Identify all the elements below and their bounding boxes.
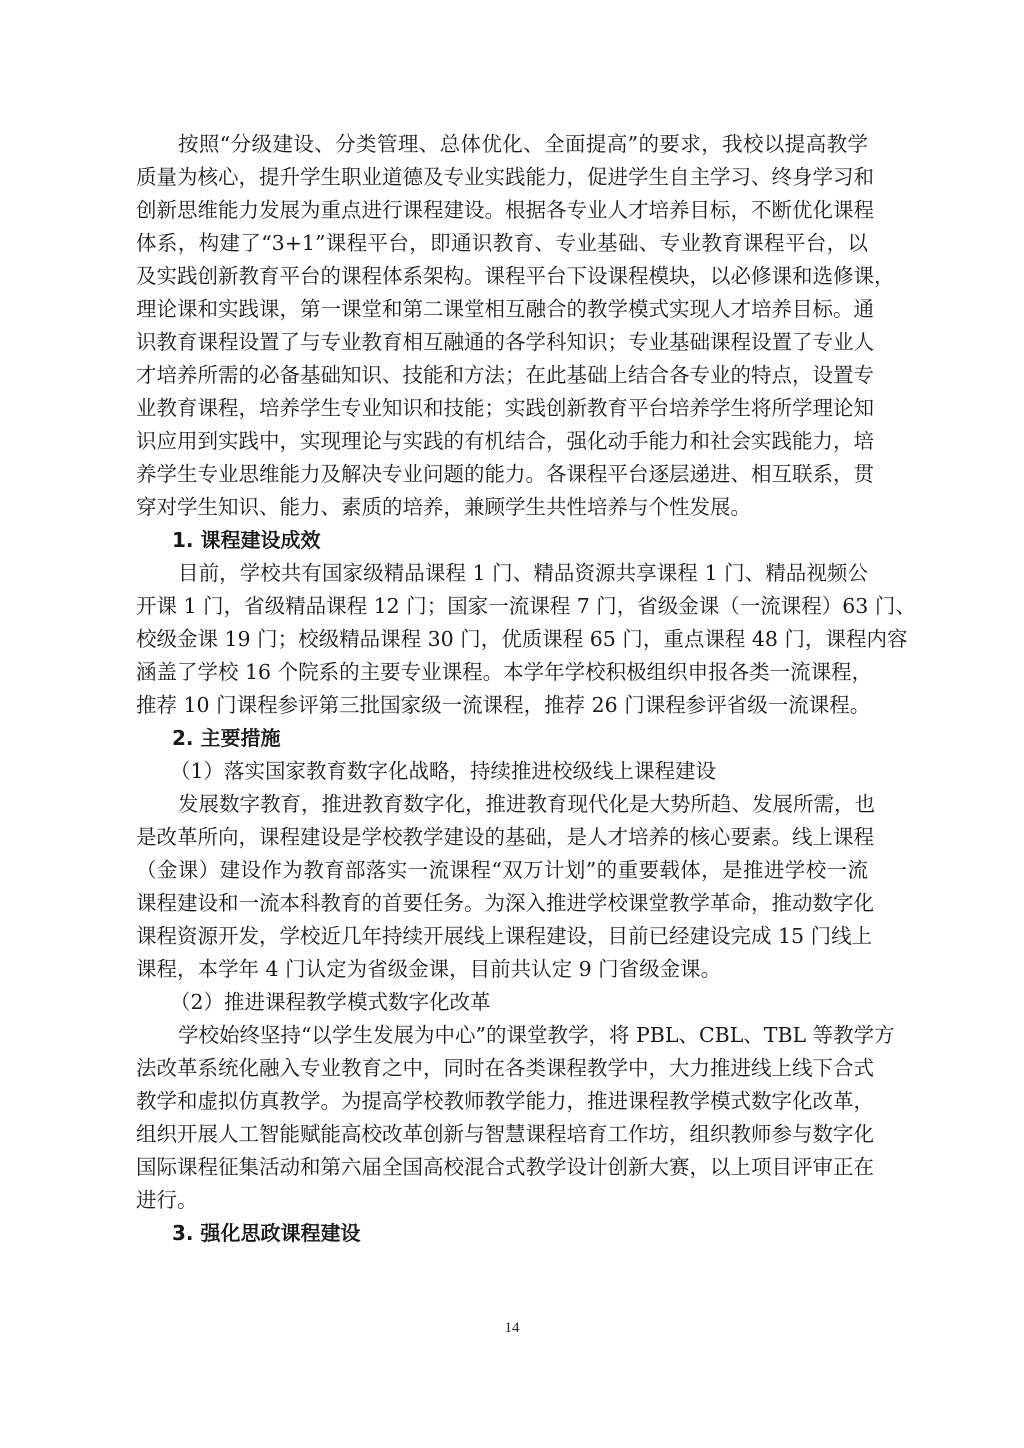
paragraph-line: 推荐 10 门课程参评第三批国家级一流课程，推荐 26 门课程参评省级一流课程。: [136, 689, 868, 722]
section-heading: 3. 强化思政课程建设: [136, 1217, 868, 1250]
paragraph-line: 质量为核心，提升学生职业道德及专业实践能力，促进学生自主学习、终身学习和: [136, 161, 868, 194]
paragraph-line: 体系，构建了“3+1”课程平台，即通识教育、专业基础、专业教育课程平台，以: [136, 227, 868, 260]
paragraph-line: （金课）建设作为教育部落实一流课程“双万计划”的重要载体，是推进学校一流: [136, 854, 868, 887]
paragraph-line: 发展数字教育，推进教育数字化，推进教育现代化是大势所趋、发展所需，也: [136, 788, 868, 821]
paragraph-line: 识应用到实践中，实现理论与实践的有机结合，强化动手能力和社会实践能力，培: [136, 425, 868, 458]
paragraph-line: 创新思维能力发展为重点进行课程建设。根据各专业人才培养目标，不断优化课程: [136, 194, 868, 227]
paragraph-line: 目前，学校共有国家级精品课程 1 门、精品资源共享课程 1 门、精品视频公: [136, 557, 868, 590]
paragraph-line: 国际课程征集活动和第六届全国高校混合式教学设计创新大赛，以上项目评审正在: [136, 1151, 868, 1184]
paragraph-line: 校级金课 19 门；校级精品课程 30 门，优质课程 65 门，重点课程 48 …: [136, 623, 868, 656]
paragraph-line: 组织开展人工智能赋能高校改革创新与智慧课程培育工作坊，组织教师参与数字化: [136, 1118, 868, 1151]
paragraph-line: 教学和虚拟仿真教学。为提高学校教师教学能力，推进课程教学模式数字化改革，: [136, 1085, 868, 1118]
document-page: 按照“分级建设、分类管理、总体优化、全面提高”的要求，我校以提高教学 质量为核心…: [0, 0, 1024, 1448]
paragraph-line: 识教育课程设置了与专业教育相互融通的各学科知识；专业基础课程设置了专业人: [136, 326, 868, 359]
paragraph-line: 开课 1 门，省级精品课程 12 门；国家一流课程 7 门，省级金课（一流课程）…: [136, 590, 868, 623]
paragraph-line: 进行。: [136, 1184, 868, 1217]
paragraph-line: 及实践创新教育平台的课程体系架构。课程平台下设课程模块，以必修课和选修课，: [136, 260, 868, 293]
subsection-heading: （2）推进课程教学模式数字化改革: [136, 986, 868, 1019]
paragraph-line: 学校始终坚持“以学生发展为中心”的课堂教学，将 PBL、CBL、TBL 等教学方: [136, 1019, 868, 1052]
paragraph-line: 涵盖了学校 16 个院系的主要专业课程。本学年学校积极组织申报各类一流课程，: [136, 656, 868, 689]
section-heading: 1. 课程建设成效: [136, 524, 868, 557]
paragraph-line: 才培养所需的必备基础知识、技能和方法；在此基础上结合各专业的特点，设置专: [136, 359, 868, 392]
page-number: 14: [0, 1320, 1024, 1337]
paragraph-line: 课程建设和一流本科教育的首要任务。为深入推进学校课堂教学革命，推动数字化: [136, 887, 868, 920]
paragraph-line: 养学生专业思维能力及解决专业问题的能力。各课程平台逐层递进、相互联系，贯: [136, 458, 868, 491]
paragraph-line: 课程资源开发，学校近几年持续开展线上课程建设，目前已经建设完成 15 门线上: [136, 920, 868, 953]
paragraph-line: 是改革所向，课程建设是学校教学建设的基础，是人才培养的核心要素。线上课程: [136, 821, 868, 854]
paragraph-line: 课程，本学年 4 门认定为省级金课，目前共认定 9 门省级金课。: [136, 953, 868, 986]
paragraph-line: 理论课和实践课，第一课堂和第二课堂相互融合的教学模式实现人才培养目标。通: [136, 293, 868, 326]
subsection-heading: （1）落实国家教育数字化战略，持续推进校级线上课程建设: [136, 755, 868, 788]
paragraph-line: 业教育课程，培养学生专业知识和技能；实践创新教育平台培养学生将所学理论知: [136, 392, 868, 425]
paragraph-line: 法改革系统化融入专业教育之中，同时在各类课程教学中，大力推进线上线下合式: [136, 1052, 868, 1085]
paragraph-line: 按照“分级建设、分类管理、总体优化、全面提高”的要求，我校以提高教学: [136, 128, 868, 161]
document-body: 按照“分级建设、分类管理、总体优化、全面提高”的要求，我校以提高教学 质量为核心…: [136, 128, 868, 1250]
paragraph-line: 穿对学生知识、能力、素质的培养，兼顾学生共性培养与个性发展。: [136, 491, 868, 524]
section-heading: 2. 主要措施: [136, 722, 868, 755]
